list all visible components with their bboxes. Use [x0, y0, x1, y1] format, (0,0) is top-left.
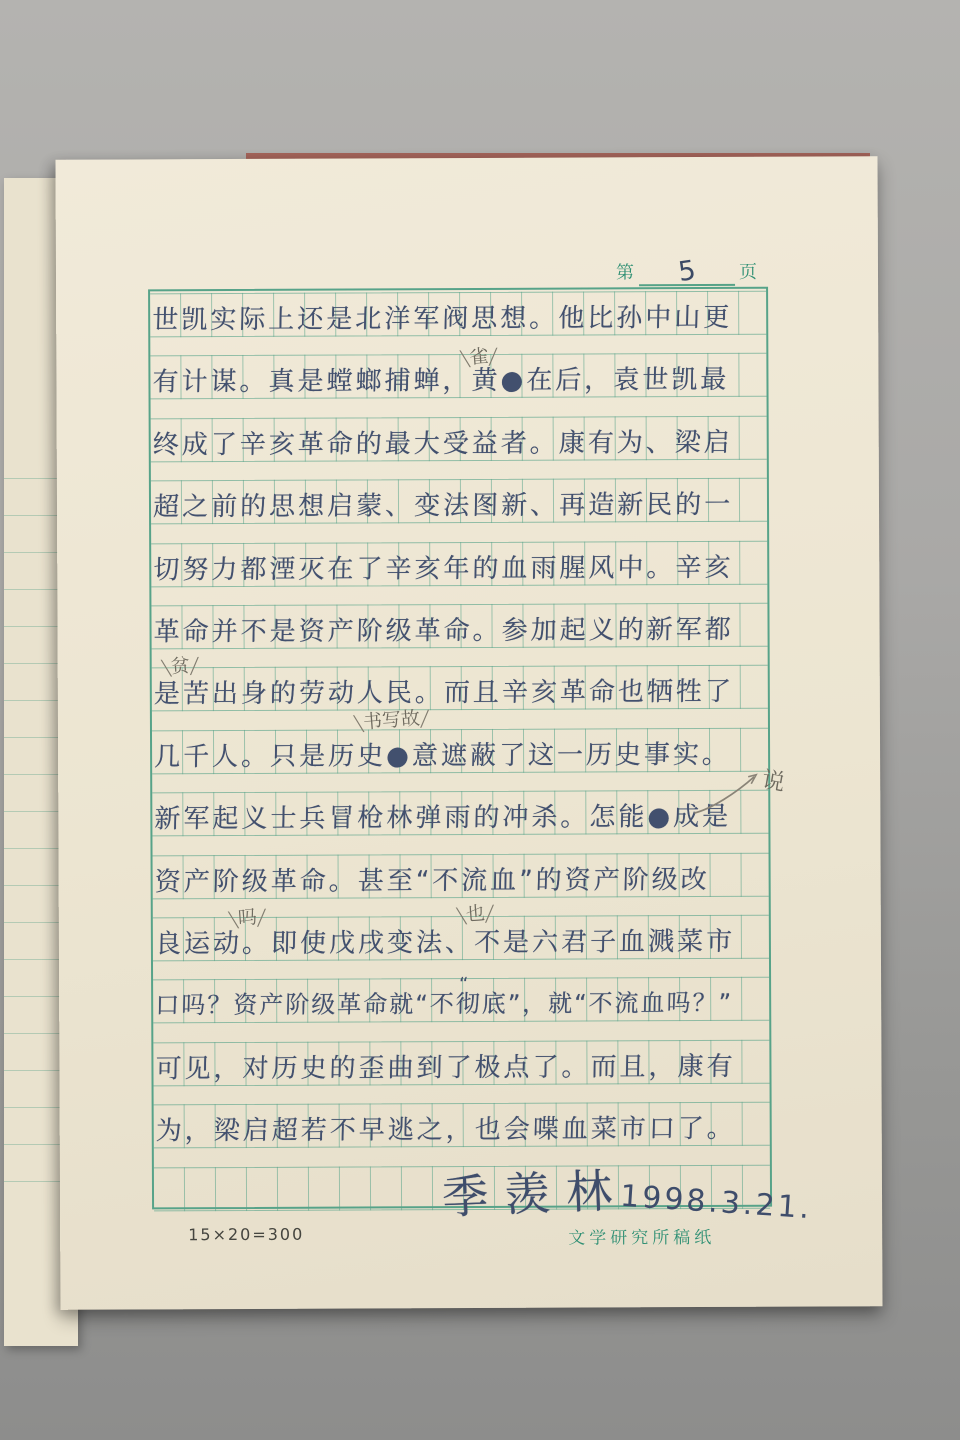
manuscript-paper: 第 5 页 世凯实际上还是北洋军阀思想。他比孙中山更 有计谋。真是螳螂捕蝉，黄●…: [55, 156, 882, 1310]
pencil-correction-ye: ╲也╱: [456, 898, 495, 928]
correction-arrow: [656, 757, 774, 824]
insert-caret-right: ╱: [488, 348, 498, 367]
manuscript-line: 是苦出身的劳动人民。而且辛亥革命也牺牲了: [153, 671, 802, 724]
grid-count-label: 15×20=300: [188, 1225, 304, 1245]
pencil-correction-text: 吗: [237, 906, 258, 929]
signature-name: 季羡林: [441, 1154, 629, 1227]
page-number-underline: 5: [639, 253, 735, 286]
manuscript-line: 切努力都湮灭在了辛亥年的血雨腥风中。辛亥: [153, 547, 802, 600]
insert-caret-right: ╱: [484, 905, 494, 924]
page-header: 第 5 页: [616, 253, 758, 287]
page-number: 5: [677, 255, 698, 288]
ink-insert-quote: “: [459, 974, 468, 995]
manuscript-line: 为，梁启超若不早逃之，也会喋血菜市口了。: [155, 1108, 804, 1161]
pencil-correction-que: ╲雀╱: [459, 341, 498, 371]
manuscript-line: 口吗？资产阶级革命就“不彻底”，就“不流血吗？”: [155, 983, 804, 1036]
paper-source-label: 文学研究所稿纸: [568, 1223, 715, 1249]
pencil-correction-phrase: ╲书写故╱: [353, 703, 430, 735]
insert-caret-right: ╱: [256, 909, 266, 928]
manuscript-line: 革命并不是资产阶级革命。参加起义的新军都: [153, 609, 802, 662]
signature-date: 1998.3.21.: [619, 1179, 813, 1226]
page-header-suffix: 页: [739, 258, 758, 286]
insert-caret-right: ╱: [189, 657, 199, 676]
pencil-correction-text: 雀: [469, 345, 490, 368]
pencil-correction-text: 也: [465, 902, 486, 925]
photo-background: 第 5 页 世凯实际上还是北洋军阀思想。他比孙中山更 有计谋。真是螳螂捕蝉，黄●…: [0, 0, 960, 1440]
pencil-correction-pin: ╲贫╱: [161, 650, 200, 680]
manuscript-line: 超之前的思想启蒙、变法图新、再造新民的一: [152, 484, 801, 537]
insert-caret-right: ╱: [419, 710, 429, 729]
manuscript-line: 可见，对历史的歪曲到了极点了。而且，康有: [155, 1046, 804, 1099]
pencil-correction-text: 书写故: [362, 707, 420, 733]
manuscript-line: 终成了辛亥革命的最大受益者。康有为、梁启: [152, 422, 801, 475]
page-header-prefix: 第: [616, 258, 635, 286]
pencil-correction-ma: ╲吗╱: [228, 902, 267, 932]
pencil-correction-text: 贫: [170, 655, 191, 678]
